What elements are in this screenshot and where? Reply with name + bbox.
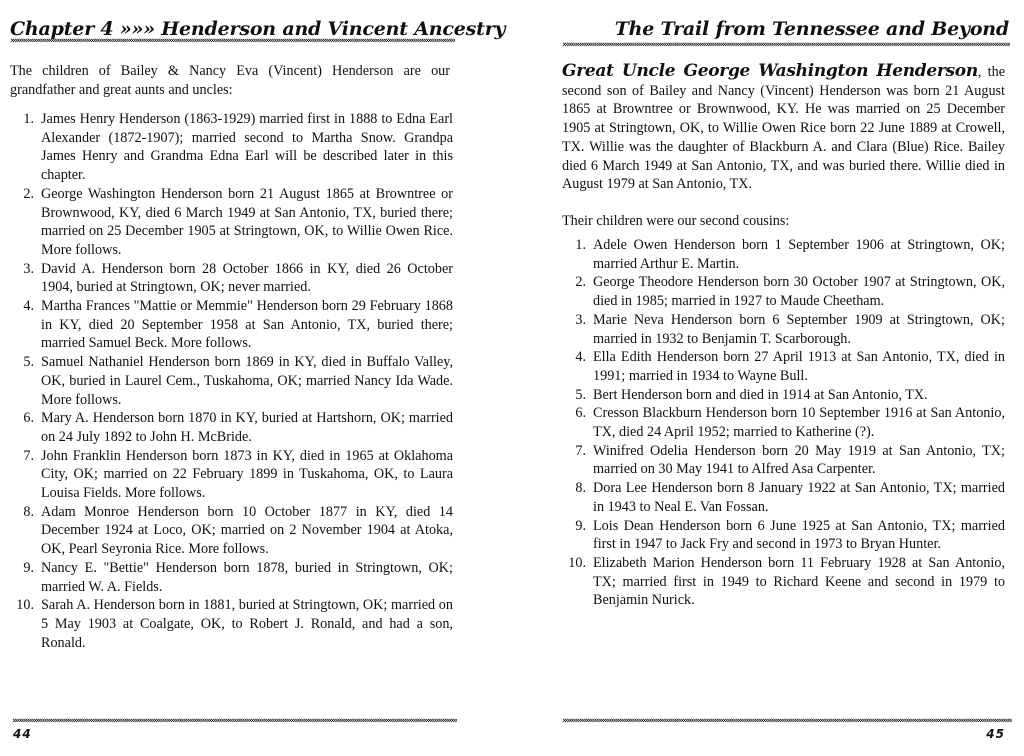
chevron-rule-top: »»»»»»»»»»»»»»»»»»»»»»»»»»»»»»»»»»»»»»»»… xyxy=(562,40,1010,50)
chevron-rule-top: »»»»»»»»»»»»»»»»»»»»»»»»»»»»»»»»»»»»»»»»… xyxy=(10,36,455,46)
list-item: 8.Adam Monroe Henderson born 10 October … xyxy=(10,503,453,559)
list-item: 1.James Henry Henderson (1863-1929) marr… xyxy=(10,110,453,185)
list-text: Ella Edith Henderson born 27 April 1913 … xyxy=(593,349,1005,384)
children-list: 1.James Henry Henderson (1863-1929) marr… xyxy=(10,110,453,652)
list-item: 10.Sarah A. Henderson born in 1881, buri… xyxy=(10,596,453,652)
book-running-head: The Trail from Tennessee and Beyond xyxy=(615,18,1009,40)
list-text: Martha Frances "Mattie or Memmie" Hender… xyxy=(41,298,453,351)
chevron-rule-bottom: »»»»»»»»»»»»»»»»»»»»»»»»»»»»»»»»»»»»»»»»… xyxy=(12,716,457,726)
list-item: 4.Ella Edith Henderson born 27 April 191… xyxy=(562,348,1005,385)
list-number: 7. xyxy=(10,447,34,466)
list-item: 1.Adele Owen Henderson born 1 September … xyxy=(562,236,1005,273)
list-number: 6. xyxy=(562,404,586,423)
list-item: 3.Marie Neva Henderson born 6 September … xyxy=(562,311,1005,348)
cousins-list: 1.Adele Owen Henderson born 1 September … xyxy=(562,236,1005,610)
list-text: Samuel Nathaniel Henderson born 1869 in … xyxy=(41,354,453,407)
list-number: 1. xyxy=(562,236,586,255)
list-text: Elizabeth Marion Henderson born 11 Febru… xyxy=(593,555,1005,608)
list-number: 9. xyxy=(562,517,586,536)
list-number: 10. xyxy=(562,554,586,573)
list-number: 8. xyxy=(10,503,34,522)
intro-paragraph: The children of Bailey & Nancy Eva (Vinc… xyxy=(10,62,450,99)
list-text: George Washington Henderson born 21 Augu… xyxy=(41,186,453,258)
list-text: Adam Monroe Henderson born 10 October 18… xyxy=(41,504,453,557)
list-number: 3. xyxy=(10,260,34,279)
page-number: 44 xyxy=(13,727,32,741)
bio-text: , the second son of Bailey and Nancy (Vi… xyxy=(562,64,1005,192)
list-text: Nancy E. "Bettie" Henderson born 1878, b… xyxy=(41,560,453,595)
list-number: 2. xyxy=(562,273,586,292)
list-item: 5.Bert Henderson born and died in 1914 a… xyxy=(562,386,1005,405)
list-number: 7. xyxy=(562,442,586,461)
list-text: Adele Owen Henderson born 1 September 19… xyxy=(593,237,1005,272)
bio-subject-name: Great Uncle George Washington Henderson xyxy=(562,61,978,81)
list-text: Mary A. Henderson born 1870 in KY, burie… xyxy=(41,410,453,445)
list-number: 8. xyxy=(562,479,586,498)
list-text: Winifred Odelia Henderson born 20 May 19… xyxy=(593,443,1005,478)
list-text: George Theodore Henderson born 30 Octobe… xyxy=(593,274,1005,309)
list-text: James Henry Henderson (1863-1929) marrie… xyxy=(41,111,453,183)
page-number: 45 xyxy=(986,727,1005,741)
list-item: 5.Samuel Nathaniel Henderson born 1869 i… xyxy=(10,353,453,409)
bio-paragraph: Great Uncle George Washington Henderson,… xyxy=(562,62,1005,194)
list-number: 2. xyxy=(10,185,34,204)
list-item: 7.Winifred Odelia Henderson born 20 May … xyxy=(562,442,1005,479)
children-intro: Their children were our second cousins: xyxy=(562,212,1005,231)
list-text: John Franklin Henderson born 1873 in KY,… xyxy=(41,448,453,501)
list-item: 10.Elizabeth Marion Henderson born 11 Fe… xyxy=(562,554,1005,610)
list-text: Lois Dean Henderson born 6 June 1925 at … xyxy=(593,518,1005,553)
list-number: 3. xyxy=(562,311,586,330)
list-number: 6. xyxy=(10,409,34,428)
list-item: 9.Lois Dean Henderson born 6 June 1925 a… xyxy=(562,517,1005,554)
list-item: 6.Cresson Blackburn Henderson born 10 Se… xyxy=(562,404,1005,441)
list-text: Marie Neva Henderson born 6 September 19… xyxy=(593,312,1005,347)
list-item: 8.Dora Lee Henderson born 8 January 1922… xyxy=(562,479,1005,516)
list-number: 9. xyxy=(10,559,34,578)
list-number: 10. xyxy=(10,596,34,615)
list-item: 6.Mary A. Henderson born 1870 in KY, bur… xyxy=(10,409,453,446)
list-text: Cresson Blackburn Henderson born 10 Sept… xyxy=(593,405,1005,440)
chevron-rule-bottom: »»»»»»»»»»»»»»»»»»»»»»»»»»»»»»»»»»»»»»»»… xyxy=(562,716,1012,726)
list-item: 2.George Theodore Henderson born 30 Octo… xyxy=(562,273,1005,310)
list-text: David A. Henderson born 28 October 1866 … xyxy=(41,261,453,296)
list-item: 3.David A. Henderson born 28 October 186… xyxy=(10,260,453,297)
list-text: Dora Lee Henderson born 8 January 1922 a… xyxy=(593,480,1005,515)
list-number: 1. xyxy=(10,110,34,129)
list-text: Bert Henderson born and died in 1914 at … xyxy=(593,387,928,403)
list-text: Sarah A. Henderson born in 1881, buried … xyxy=(41,597,453,650)
list-item: 4.Martha Frances "Mattie or Memmie" Hend… xyxy=(10,297,453,353)
list-item: 7.John Franklin Henderson born 1873 in K… xyxy=(10,447,453,503)
list-number: 5. xyxy=(562,386,586,405)
list-number: 5. xyxy=(10,353,34,372)
list-item: 2.George Washington Henderson born 21 Au… xyxy=(10,185,453,260)
right-page: The Trail from Tennessee and Beyond »»»»… xyxy=(562,0,1017,756)
list-number: 4. xyxy=(562,348,586,367)
left-page: Chapter 4 »»» Henderson and Vincent Ance… xyxy=(10,0,462,756)
list-item: 9.Nancy E. "Bettie" Henderson born 1878,… xyxy=(10,559,453,596)
list-number: 4. xyxy=(10,297,34,316)
